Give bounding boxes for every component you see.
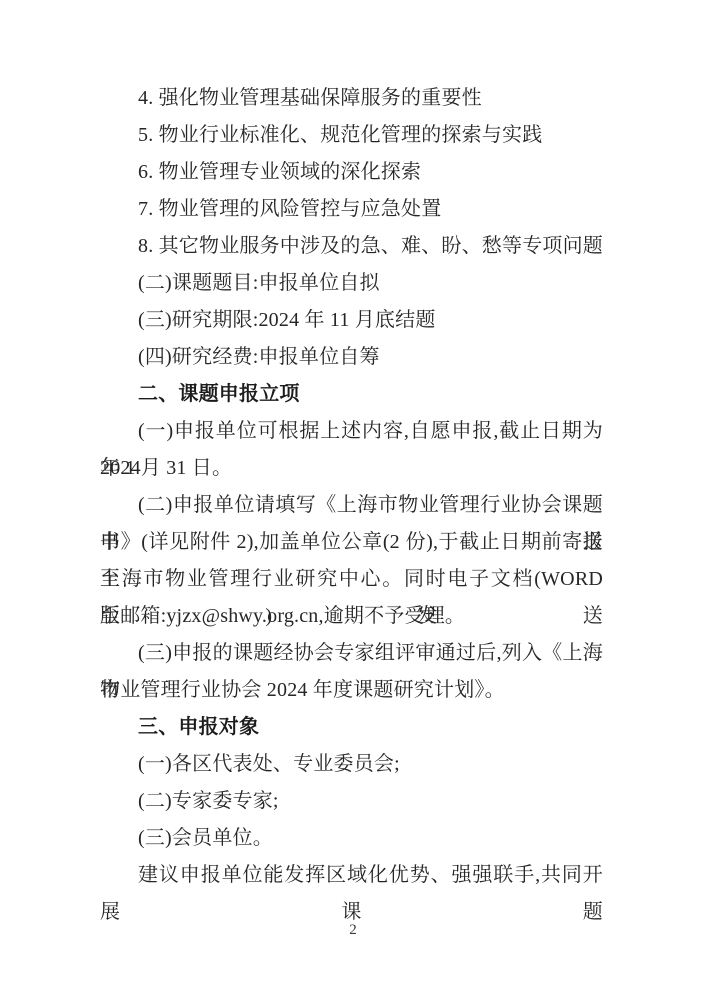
list-item-5: 5. 物业行业标准化、规范化管理的探索与实践 <box>100 117 603 154</box>
paragraph-line: 上海市物业管理行业研究中心。同时电子文档(WORD 版)发送 <box>100 561 603 598</box>
paragraph-line: (二)申报单位请填写《上海市物业管理行业协会课题申报 <box>100 487 603 524</box>
list-item-6: 6. 物业管理专业领域的深化探索 <box>100 154 603 191</box>
paragraph-line: 建议申报单位能发挥区域化优势、强强联手,共同开展课题 <box>100 857 603 894</box>
page-number: 2 <box>0 920 706 940</box>
item-applicant-3: (三)会员单位。 <box>100 820 603 857</box>
list-item-8: 8. 其它物业服务中涉及的急、难、盼、愁等专项问题 <box>100 228 603 265</box>
section-heading-2: 二、课题申报立项 <box>100 376 603 413</box>
list-item-4: 4. 强化物业管理基础保障服务的重要性 <box>100 80 603 117</box>
item-topic-title: (二)课题题目:申报单位自拟 <box>100 265 603 302</box>
paragraph-line: (一)申报单位可根据上述内容,自愿申报,截止日期为 2024 <box>100 413 603 450</box>
item-research-funds: (四)研究经费:申报单位自筹 <box>100 339 603 376</box>
paragraph-line: 年 1 月 31 日。 <box>100 450 603 487</box>
item-applicant-2: (二)专家委专家; <box>100 783 603 820</box>
item-applicant-1: (一)各区代表处、专业委员会; <box>100 746 603 783</box>
list-item-7: 7. 物业管理的风险管控与应急处置 <box>100 191 603 228</box>
item-research-period: (三)研究期限:2024 年 11 月底结题 <box>100 302 603 339</box>
section-heading-3: 三、申报对象 <box>100 709 603 746</box>
document-body: 4. 强化物业管理基础保障服务的重要性 5. 物业行业标准化、规范化管理的探索与… <box>100 80 603 894</box>
paragraph-line: 物业管理行业协会 2024 年度课题研究计划》。 <box>100 672 603 709</box>
paragraph-line: 书》(详见附件 2),加盖单位公章(2 份),于截止日期前寄送至 <box>100 524 603 561</box>
document-page: 4. 强化物业管理基础保障服务的重要性 5. 物业行业标准化、规范化管理的探索与… <box>0 0 706 1000</box>
paragraph-line: (三)申报的课题经协会专家组评审通过后,列入《上海市 <box>100 635 603 672</box>
